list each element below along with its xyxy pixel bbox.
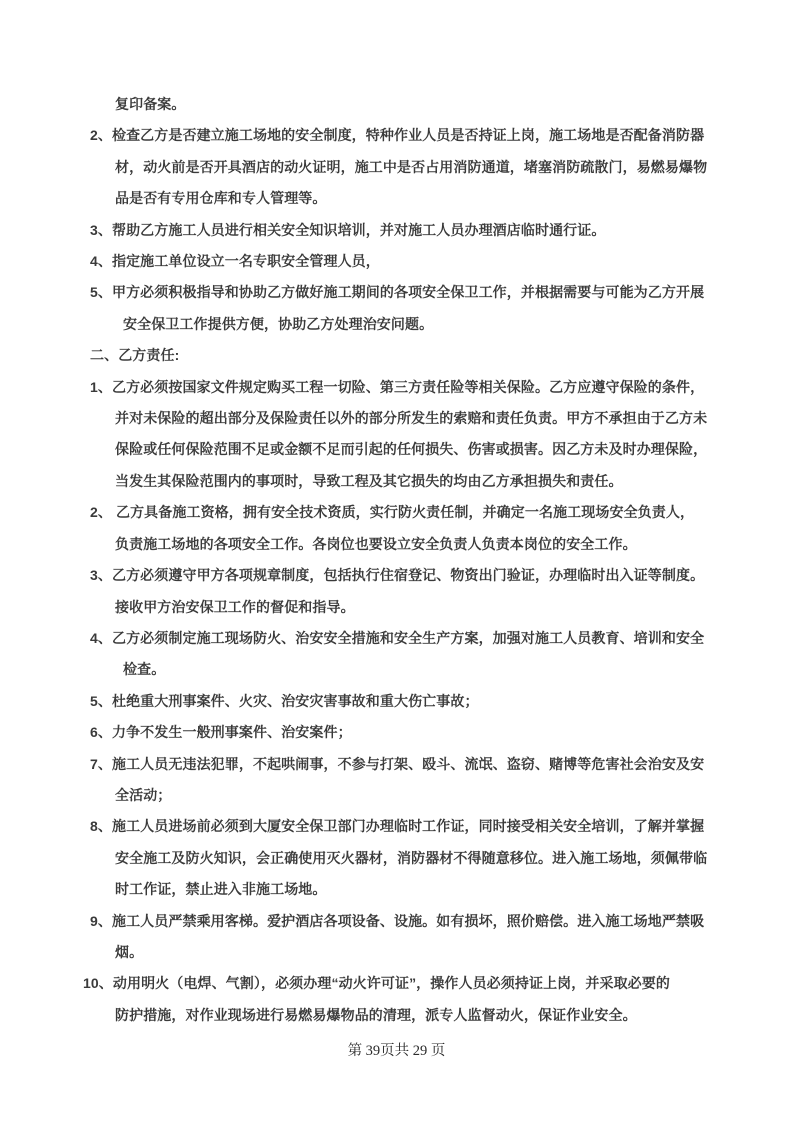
doc-line: 负责施工场地的各项安全工作。各岗位也要设立安全负责人负责本岗位的安全工作。 (115, 529, 793, 560)
section-heading: 二、乙方责任: (90, 340, 793, 371)
doc-line: 6、力争不发生一般刑事案件、治安案件； (90, 717, 793, 748)
doc-line: 检查。 (123, 654, 793, 685)
document-body: 复印备案。2、检查乙方是否建立施工场地的安全制度，特种作业人员是否持证上岗，施工… (0, 89, 793, 1031)
doc-line: 9、施工人员严禁乘用客梯。爱护酒店各项设备、设施。如有损坏，照价赔偿。进入施工场… (90, 906, 793, 937)
doc-line: 时工作证，禁止进入非施工场地。 (115, 874, 793, 905)
doc-line: 3、帮助乙方施工人员进行相关安全知识培训，并对施工人员办理酒店临时通行证。 (90, 215, 793, 246)
doc-line: 保险或任何保险范围不足或金额不足而引起的任何损失、伤害或损害。因乙方未及时办理保… (115, 434, 793, 465)
doc-line: 复印备案。 (115, 89, 793, 120)
doc-line: 防护措施，对作业现场进行易燃易爆物品的清理，派专人监督动火，保证作业安全。 (115, 1000, 793, 1031)
doc-line: 当发生其保险范围内的事项时，导致工程及其它损失的均由乙方承担损失和责任。 (115, 466, 793, 497)
doc-line: 材，动火前是否开具酒店的动火证明，施工中是否占用消防通道，堵塞消防疏散门，易燃易… (115, 152, 793, 183)
doc-line: 4、乙方必须制定施工现场防火、治安安全措施和安全生产方案，加强对施工人员教育、培… (90, 623, 793, 654)
document-page: 复印备案。2、检查乙方是否建立施工场地的安全制度，特种作业人员是否持证上岗，施工… (0, 0, 793, 1122)
page-number-footer: 第 39页共 29 页 (0, 1039, 793, 1060)
doc-line: 4、指定施工单位设立一名专职安全管理人员， (90, 246, 793, 277)
doc-line: 品是否有专用仓库和专人管理等。 (115, 183, 793, 214)
doc-line: 2、检查乙方是否建立施工场地的安全制度，特种作业人员是否持证上岗，施工场地是否配… (90, 120, 793, 151)
doc-line: 8、施工人员进场前必须到大厦安全保卫部门办理临时工作证，同时接受相关安全培训，了… (90, 811, 793, 842)
doc-line: 7、施工人员无违法犯罪，不起哄闹事，不参与打架、殴斗、流氓、盗窃、赌博等危害社会… (90, 749, 793, 780)
doc-line: 5、甲方必须积极指导和协助乙方做好施工期间的各项安全保卫工作，并根据需要与可能为… (90, 277, 793, 308)
doc-line: 全活动； (115, 780, 793, 811)
doc-line: 烟。 (115, 937, 793, 968)
doc-line: 安全施工及防火知识，会正确使用灭火器材，消防器材不得随意移位。进入施工场地，须佩… (115, 843, 793, 874)
doc-line: 3、乙方必须遵守甲方各项规章制度，包括执行住宿登记、物资出门验证，办理临时出入证… (90, 560, 793, 591)
doc-line: 并对未保险的超出部分及保险责任以外的部分所发生的索赔和责任负责。甲方不承担由于乙… (115, 403, 793, 434)
doc-line: 10、动用明火（电焊、气割），必须办理“动火许可证”，操作人员必须持证上岗，并采… (83, 968, 793, 999)
doc-line: 5、杜绝重大刑事案件、火灾、治安灾害事故和重大伤亡事故； (90, 686, 793, 717)
doc-line: 1、乙方必须按国家文件规定购买工程一切险、第三方责任险等相关保险。乙方应遵守保险… (90, 372, 793, 403)
doc-line: 接收甲方治安保卫工作的督促和指导。 (115, 592, 793, 623)
doc-line: 2、 乙方具备施工资格，拥有安全技术资质，实行防火责任制，并确定一名施工现场安全… (90, 497, 793, 528)
doc-line: 安全保卫工作提供方便，协助乙方处理治安问题。 (123, 309, 793, 340)
